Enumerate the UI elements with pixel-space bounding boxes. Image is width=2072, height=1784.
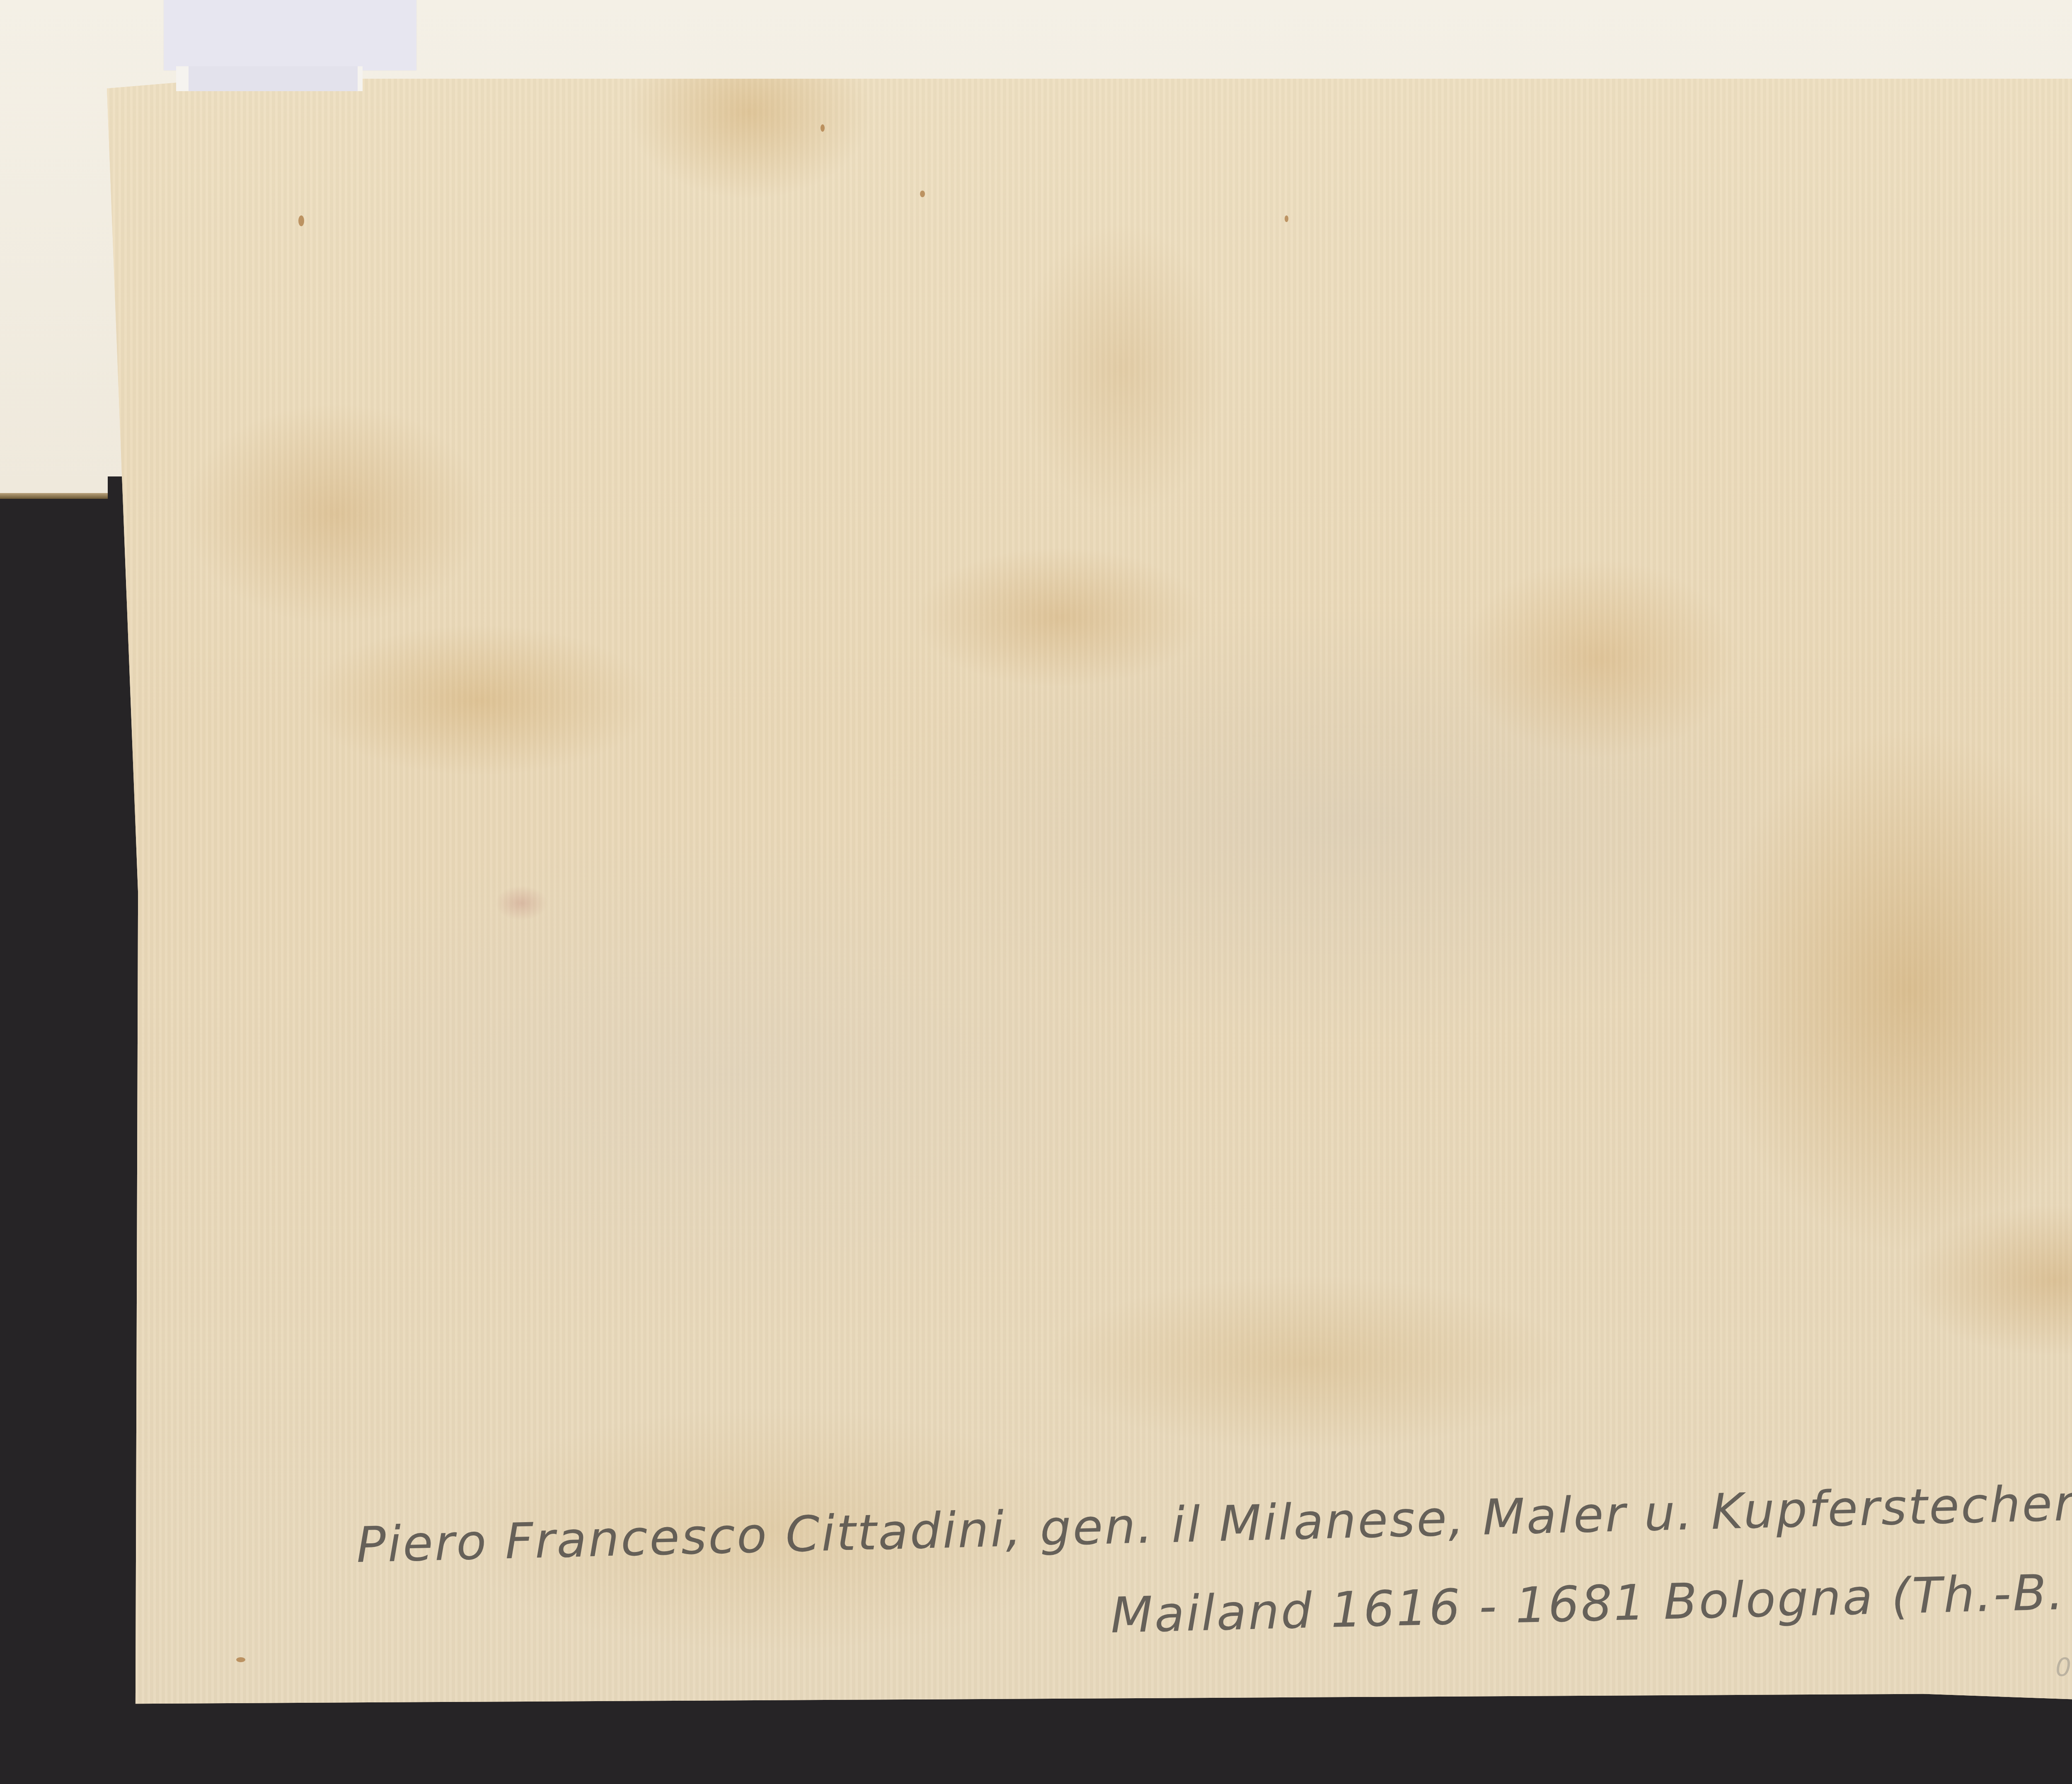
foxing-spot [236,1657,245,1662]
foxing-spot [298,215,304,226]
drawing-sheet-verso [107,79,2072,1707]
left-hinge-tab [176,66,363,91]
marginal-mark-left: 00 [2055,1653,2072,1682]
foxing-spot [920,191,925,197]
foxing-spot [1285,215,1288,222]
left-hinge-tape [164,0,416,70]
artwork-verso-scene: Piero Francesco Cittadini, gen. il Milan… [0,0,2072,1784]
mount-bevel-left [0,493,108,499]
backing-board-left-overlap [0,476,108,495]
marginal-pencil-marks: 00 5 [2055,1653,2072,1682]
foxing-spot [821,124,825,132]
